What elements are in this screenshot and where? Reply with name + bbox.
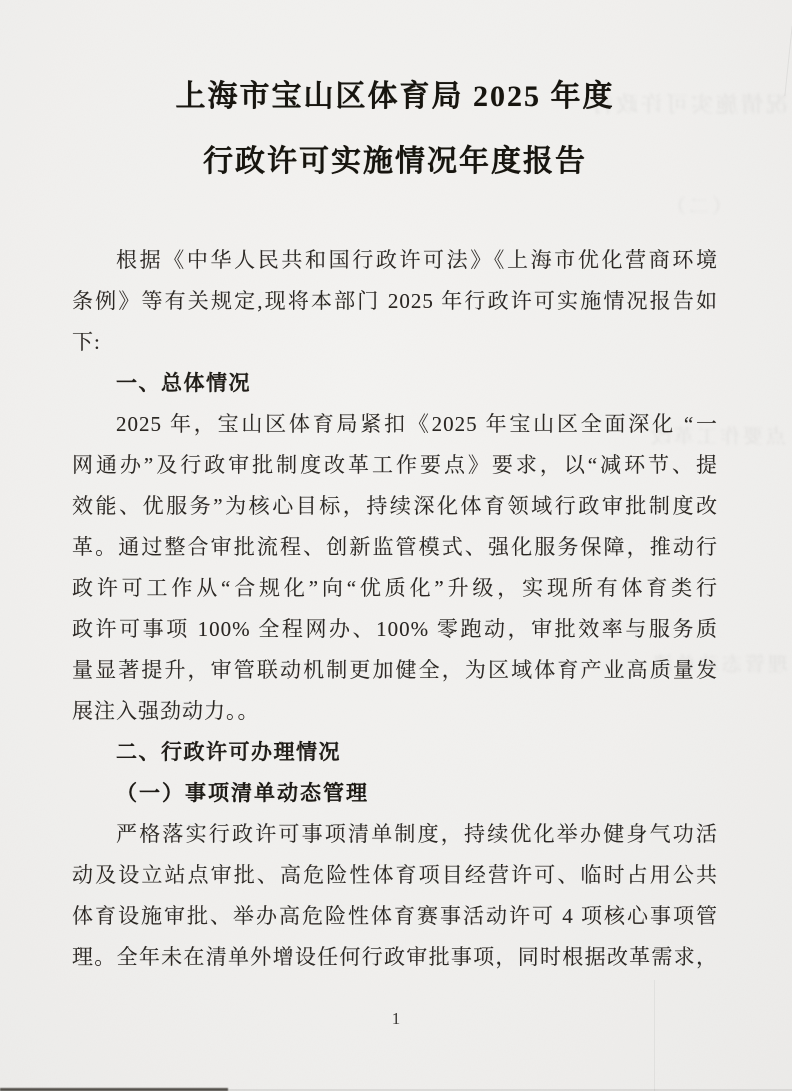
document-title-line-2: 行政许可实施情况年度报告 xyxy=(72,129,718,194)
body-text-line: 网通办”及行政审批制度改革工作要点》要求，以“减环节、提 xyxy=(72,445,718,486)
body-text-line: 下: xyxy=(72,322,718,363)
document-title: 上海市宝山区体育局 2025 年度 行政许可实施情况年度报告 xyxy=(72,64,718,194)
body-text-line: 根据《中华人民共和国行政许可法》《上海市优化营商环境 xyxy=(72,240,718,281)
body-text-line: 革。通过整合审批流程、创新监管模式、强化服务保障，推动行 xyxy=(72,527,718,568)
scan-scratch-artifact xyxy=(784,26,792,96)
section-1-heading: 一、总体情况 xyxy=(72,363,718,404)
body-text-line: 政许可工作从“合规化”向“优质化”升级，实现所有体育类行 xyxy=(72,568,718,609)
scanned-document-page: 况情施实可许政行 （二） 点要作工革改 理管态动单清 上海市宝山区体育局 202… xyxy=(0,0,792,1091)
body-text-line: 严格落实行政许可事项清单制度，持续优化举办健身气功活 xyxy=(72,814,718,855)
body-text-line: 展注入强劲动力。。 xyxy=(72,691,718,732)
body-text-line: 理。全年未在清单外增设任何行政审批事项，同时根据改革需求， xyxy=(72,937,718,978)
document-title-line-1: 上海市宝山区体育局 2025 年度 xyxy=(72,64,718,129)
body-text-line: 动及设立站点审批、高危险性体育项目经营许可、临时占用公共 xyxy=(72,855,718,896)
body-text-line: 条例》等有关规定,现将本部门 2025 年行政许可实施情况报告如 xyxy=(72,281,718,322)
page-number: 1 xyxy=(0,1004,792,1034)
body-text-line: 政许可事项 100% 全程网办、100% 零跑动，审批效率与服务质 xyxy=(72,609,718,650)
body-text-line: 量显著提升，审管联动机制更加健全，为区域体育产业高质量发 xyxy=(72,650,718,691)
document-body: 根据《中华人民共和国行政许可法》《上海市优化营商环境 条例》等有关规定,现将本部… xyxy=(72,240,718,978)
body-text-line: 体育设施审批、举办高危险性体育赛事活动许可 4 项核心事项管 xyxy=(72,896,718,937)
body-text-line: 2025 年，宝山区体育局紧扣《2025 年宝山区全面深化 “一 xyxy=(72,404,718,445)
paper-crease xyxy=(654,980,655,1091)
bleedthrough-text: （二） xyxy=(663,190,732,219)
section-2-heading: 二、行政许可办理情况 xyxy=(72,732,718,773)
body-text-line: 效能、优服务”为核心目标，持续深化体育领域行政审批制度改 xyxy=(72,486,718,527)
subsection-1-heading: （一）事项清单动态管理 xyxy=(72,773,718,814)
